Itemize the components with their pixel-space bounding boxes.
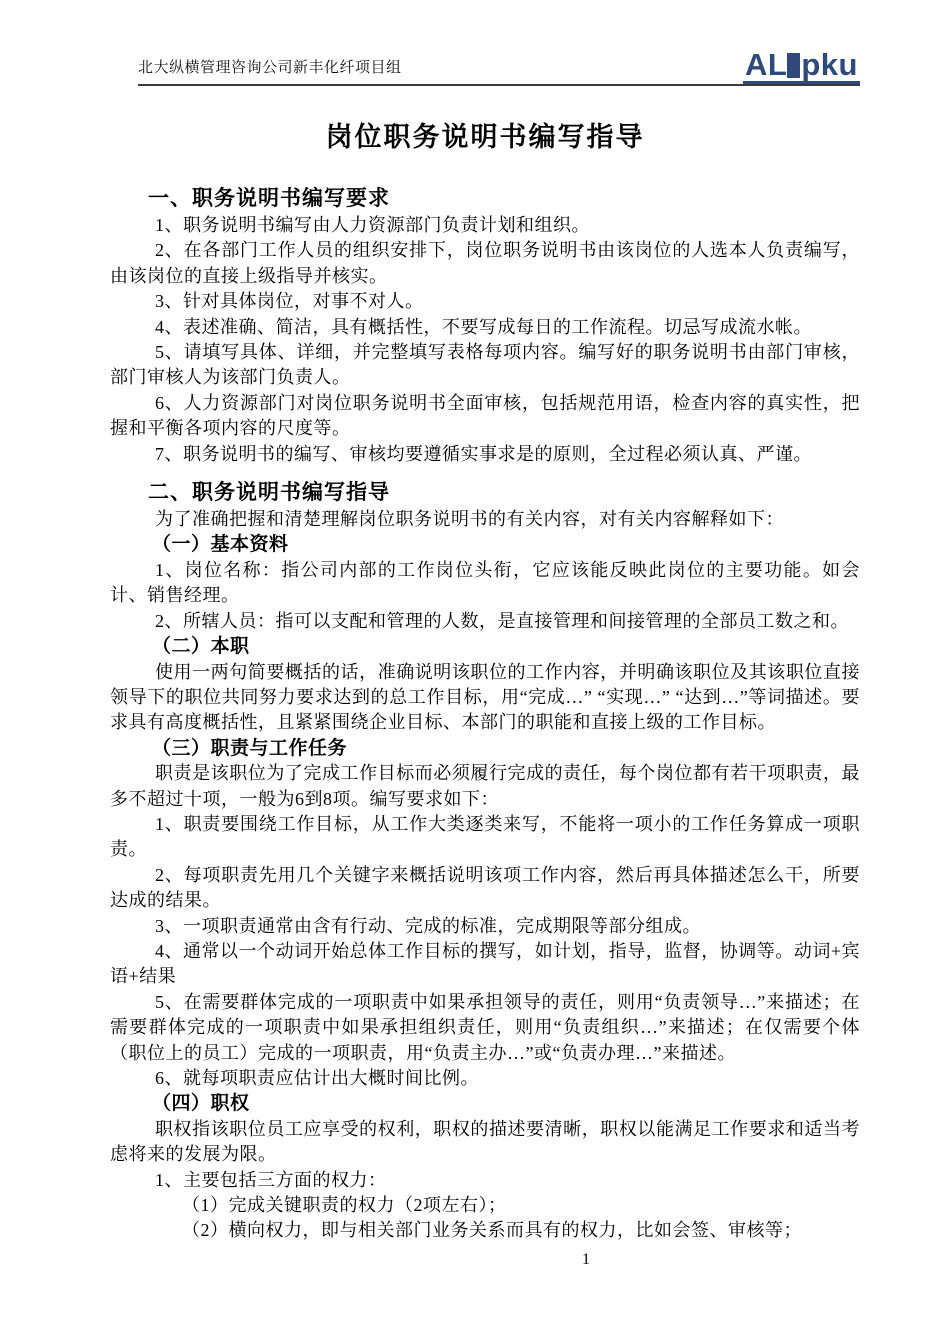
paragraph: 3、一项职责通常由含有行动、完成的标准，完成期限等部分组成。 (110, 914, 860, 939)
paragraph: 6、就每项职责应估计出大概时间比例。 (110, 1066, 860, 1091)
paragraph: 6、人力资源部门对岗位职务说明书全面审核，包括规范用语，检查内容的真实性，把握和… (110, 391, 860, 442)
subsection-1-heading: （一）基本资料 (110, 532, 860, 557)
paragraph: 7、职务说明书的编写、审核均要遵循实事求是的原则，全过程必须认真、严谨。 (110, 442, 860, 467)
document-page: 北大纵横管理咨询公司新丰化纤项目组 AL pku 岗位职务说明书编写指导 一、职… (0, 0, 950, 1344)
paragraph: 职责是该职位为了完成工作目标而必须履行完成的责任，每个岗位都有若干项职责，最多不… (110, 761, 860, 812)
paragraph: 2、所辖人员：指可以支配和管理的人数，是直接管理和间接管理的全部员工数之和。 (110, 609, 860, 634)
paragraph: 1、职务说明书编写由人力资源部门负责计划和组织。 (110, 213, 860, 238)
paragraph: 1、岗位名称：指公司内部的工作岗位头衔，它应该能反映此岗位的主要功能。如会计、销… (110, 558, 860, 609)
paragraph: 2、在各部门工作人员的组织安排下，岗位职务说明书由该岗位的人选本人负责编写，由该… (110, 238, 860, 289)
section-2-intro: 为了准确把握和清楚理解岗位职务说明书的有关内容，对有关内容解释如下： (110, 507, 860, 532)
page-header: 北大纵横管理咨询公司新丰化纤项目组 AL pku (138, 50, 860, 86)
paragraph: 使用一两句简要概括的话，准确说明该职位的工作内容，并明确该职位及其该职位直接领导… (110, 660, 860, 736)
document-body: 岗位职务说明书编写指导 一、职务说明书编写要求 1、职务说明书编写由人力资源部门… (110, 120, 860, 1244)
logo-text-right: pku (801, 50, 858, 80)
list-item: （2）横向权力，即与相关部门业务关系而具有的权力，比如会签、审核等； (110, 1218, 860, 1243)
logo-block-icon (787, 53, 800, 78)
paragraph: 3、针对具体岗位，对事不对人。 (110, 289, 860, 314)
paragraph: 5、请填写具体、详细，并完整填写表格每项内容。编写好的职务说明书由部门审核，部门… (110, 340, 860, 391)
section-2-heading: 二、职务说明书编写指导 (110, 479, 860, 507)
paragraph: 1、职责要围绕工作目标，从工作大类逐类来写，不能将一项小的工作任务算成一项职责。 (110, 812, 860, 863)
section-1-heading: 一、职务说明书编写要求 (110, 185, 860, 213)
logo-text-left: AL (745, 50, 787, 80)
page-number: 1 (582, 1250, 590, 1270)
list-item: （1）完成关键职责的权力（2项左右）； (110, 1193, 860, 1218)
paragraph: 4、表述准确、简洁，具有概括性，不要写成每日的工作流程。切忌写成流水帐。 (110, 315, 860, 340)
subsection-2-heading: （二）本职 (110, 634, 860, 659)
page-title: 岗位职务说明书编写指导 (110, 120, 860, 154)
paragraph: 5、在需要群体完成的一项职责中如果承担领导的责任，则用“负责领导…”来描述；在需… (110, 990, 860, 1066)
paragraph: 职权指该职位员工应享受的权利，职权的描述要清晰，职权以能满足工作要求和适当考虑将… (110, 1117, 860, 1168)
subsection-4-heading: （四）职权 (110, 1091, 860, 1116)
paragraph: 2、每项职责先用几个关键字来概括说明该项工作内容，然后再具体描述怎么干，所要达成… (110, 863, 860, 914)
subsection-3-heading: （三）职责与工作任务 (110, 736, 860, 761)
paragraph: 4、通常以一个动词开始总体工作目标的撰写，如计划，指导，监督，协调等。动词+宾语… (110, 939, 860, 990)
header-company-text: 北大纵横管理咨询公司新丰化纤项目组 (138, 58, 402, 80)
allpku-logo: AL pku (743, 50, 860, 84)
paragraph: 1、主要包括三方面的权力： (110, 1168, 860, 1193)
